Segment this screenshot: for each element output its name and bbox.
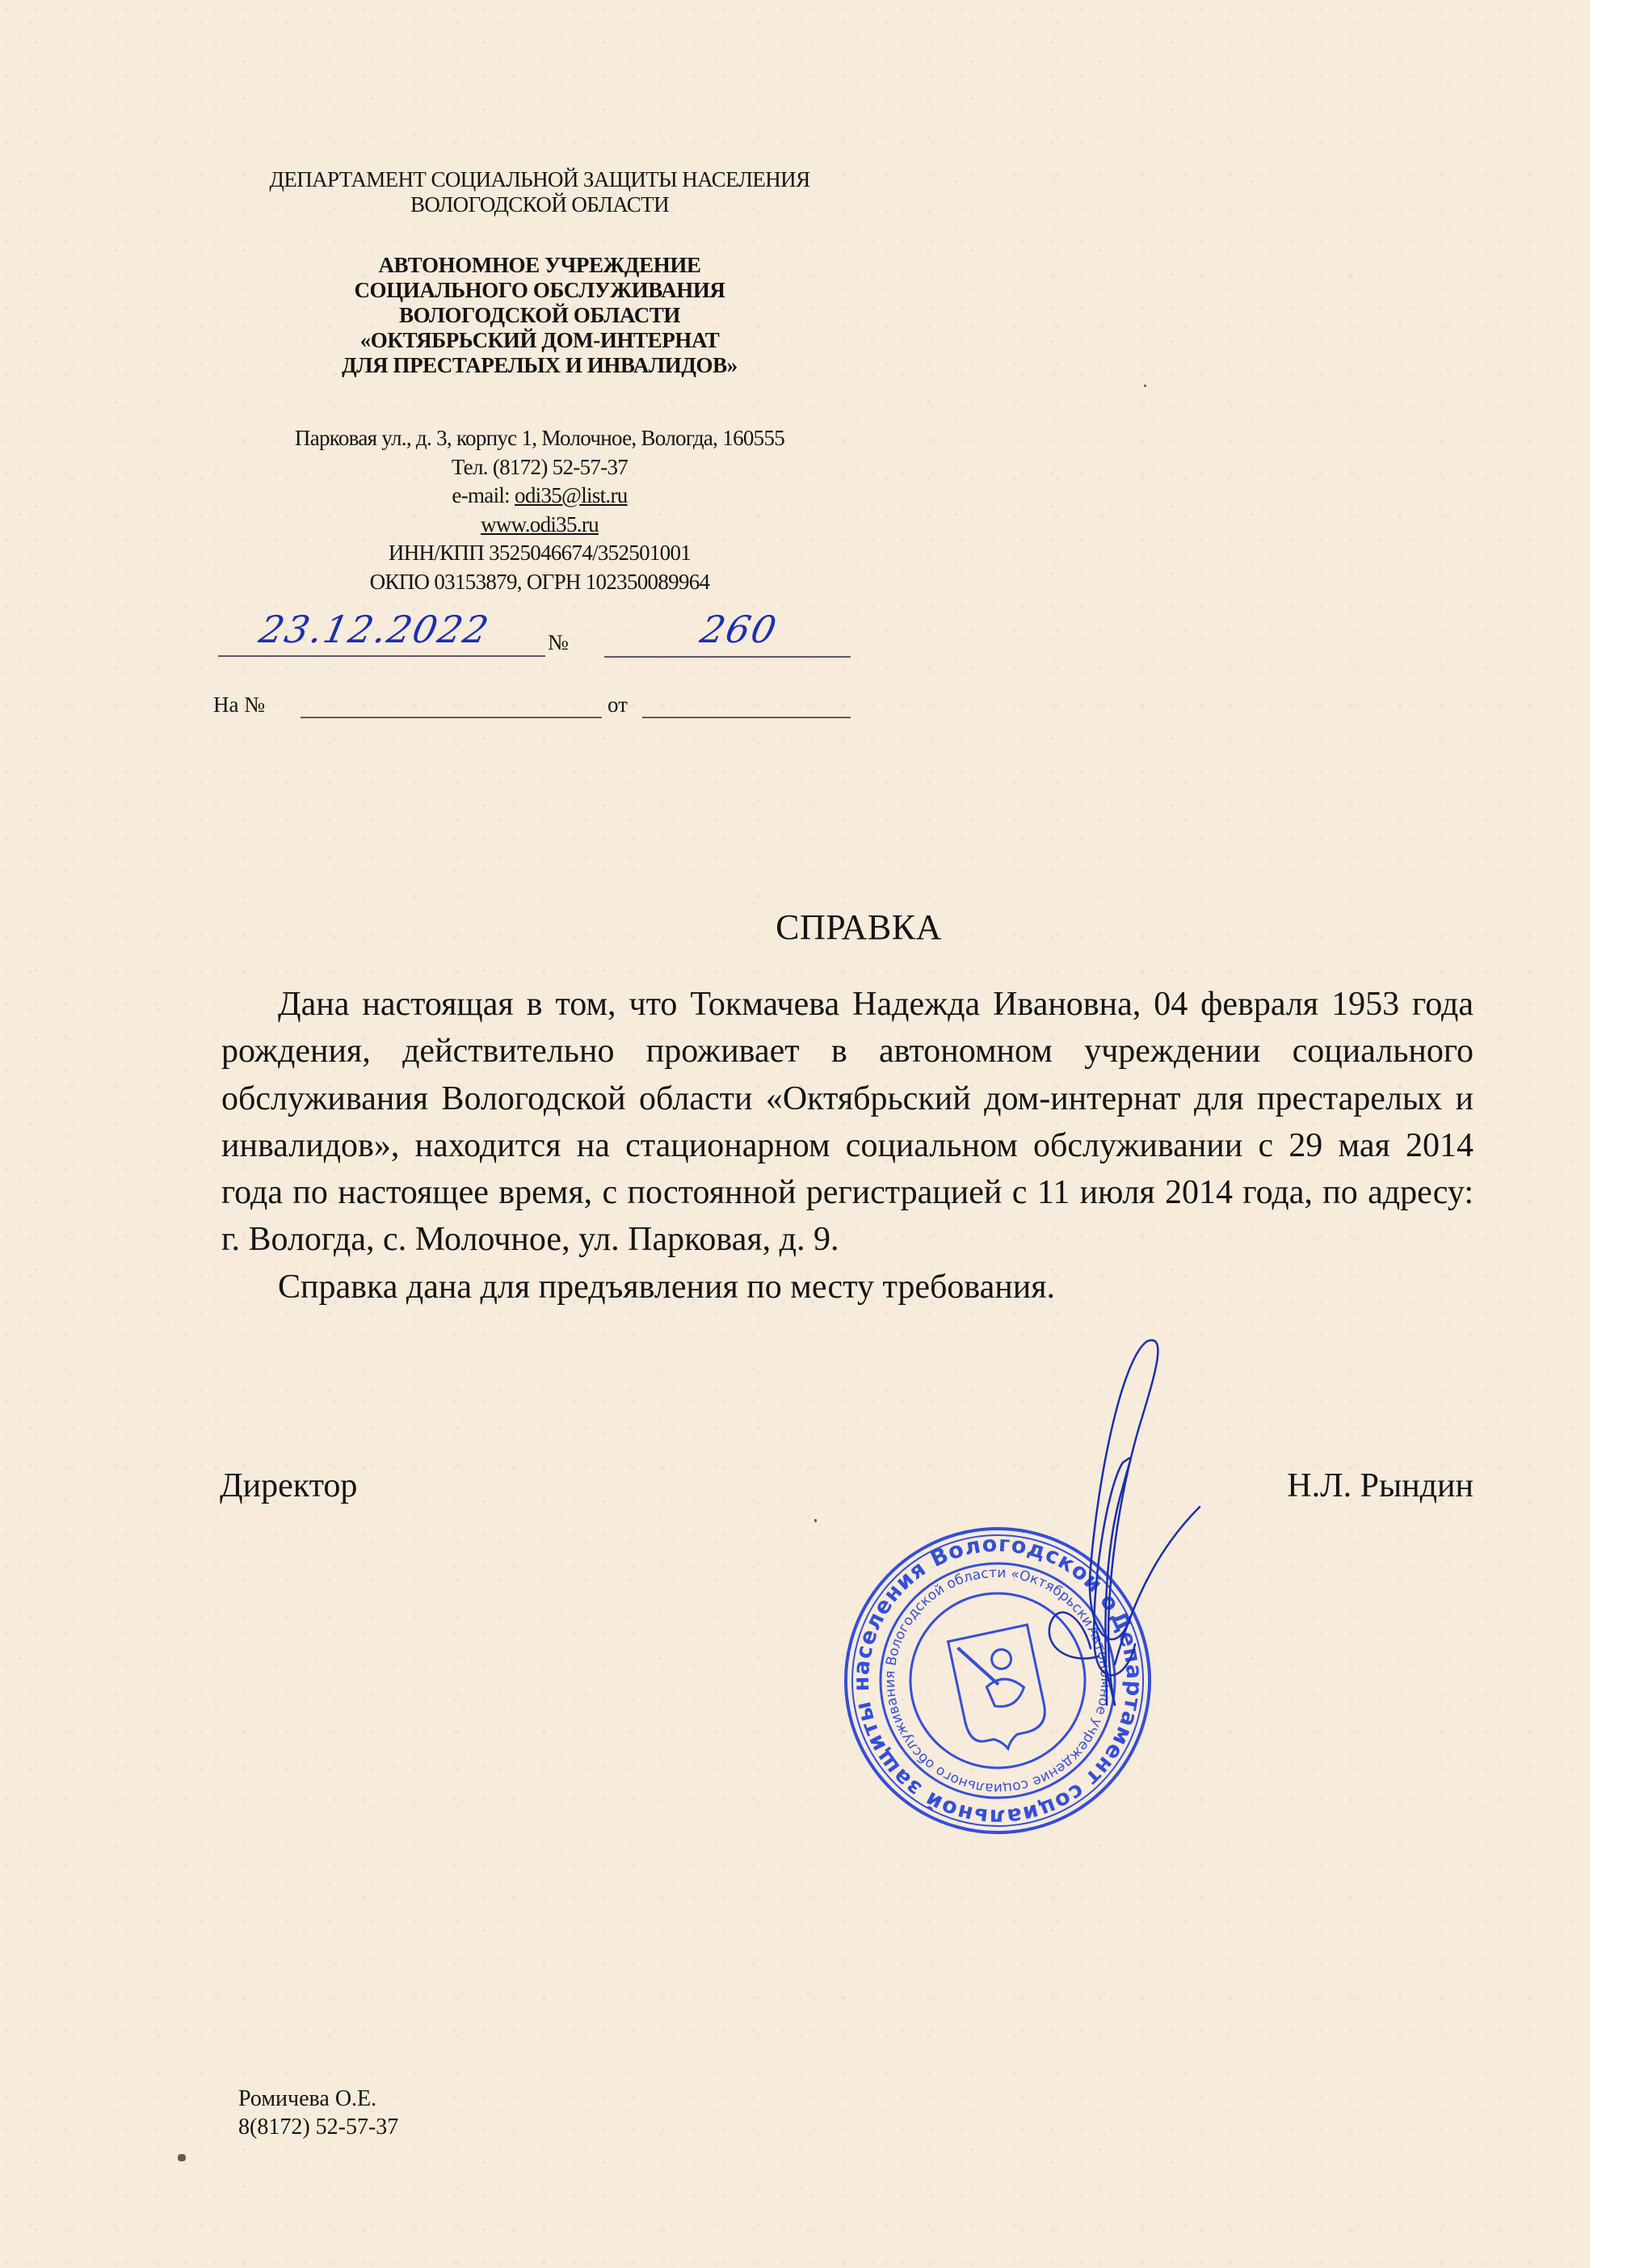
ref-number-label: На № [213, 692, 265, 717]
paper-speck [178, 2154, 186, 2161]
number-label: № [548, 630, 569, 655]
organization-line: СОЦИАЛЬНОГО ОБСЛУЖИВАНИЯ [217, 278, 863, 303]
inn-kpp: ИНН/КПП 3525046674/352501001 [217, 539, 863, 568]
body-paragraph: Справка дана для предъявления по месту т… [221, 1264, 1474, 1311]
organization-header: АВТОНОМНОЕ УЧРЕЖДЕНИЕ СОЦИАЛЬНОГО ОБСЛУЖ… [217, 253, 863, 378]
ref-number-underline [301, 717, 602, 718]
department-header: ДЕПАРТАМЕНТ СОЦИАЛЬНОЙ ЗАЩИТЫ НАСЕЛЕНИЯ … [217, 167, 863, 217]
signer-name: Н.Л. Рындин [1287, 1466, 1474, 1505]
document-body: Дана настоящая в том, что Токмачева Наде… [221, 981, 1474, 1311]
contact-block: Парковая ул., д. 3, корпус 1, Молочное, … [217, 424, 863, 596]
organization-line: ДЛЯ ПРЕСТАРЕЛЫХ И ИНВАЛИДОВ» [217, 353, 863, 378]
okpo-ogrn: ОКПО 03153879, ОГРН 102350089964 [217, 568, 863, 597]
department-line: ДЕПАРТАМЕНТ СОЦИАЛЬНОЙ ЗАЩИТЫ НАСЕЛЕНИЯ [217, 167, 863, 192]
address: Парковая ул., д. 3, корпус 1, Молочное, … [217, 424, 863, 453]
phone: Тел. (8172) 52-57-37 [217, 453, 863, 482]
paper-speck [814, 1519, 817, 1522]
email-link[interactable]: odi35@list.ru [515, 483, 628, 507]
signer-position: Директор [220, 1466, 357, 1505]
handwritten-number: 260 [696, 608, 781, 651]
executor-block: Ромичева О.Е. 8(8172) 52-57-37 [238, 2085, 398, 2141]
ref-date-underline [642, 717, 851, 718]
organization-line: «ОКТЯБРЬСКИЙ ДОМ-ИНТЕРНАТ [217, 328, 863, 353]
number-underline [604, 656, 851, 658]
email-label: e-mail: [452, 483, 515, 507]
website-link[interactable]: www.odi35.ru [481, 512, 599, 536]
handwritten-signature-icon [994, 1325, 1252, 1729]
paper-speck [1144, 385, 1146, 387]
department-line: ВОЛОГОДСКОЙ ОБЛАСТИ [217, 192, 863, 217]
organization-line: АВТОНОМНОЕ УЧРЕЖДЕНИЕ [217, 253, 863, 278]
email-row: e-mail: odi35@list.ru [217, 482, 863, 511]
organization-line: ВОЛОГОДСКОЙ ОБЛАСТИ [217, 303, 863, 328]
body-paragraph: Дана настоящая в том, что Токмачева Наде… [221, 981, 1474, 1264]
document-title: СПРАВКА [0, 907, 1648, 948]
executor-phone: 8(8172) 52-57-37 [238, 2113, 398, 2141]
handwritten-date: 23.12.2022 [255, 608, 494, 651]
date-underline [218, 655, 545, 657]
ref-from-label: от [607, 692, 628, 717]
executor-name: Ромичева О.Е. [238, 2085, 398, 2113]
